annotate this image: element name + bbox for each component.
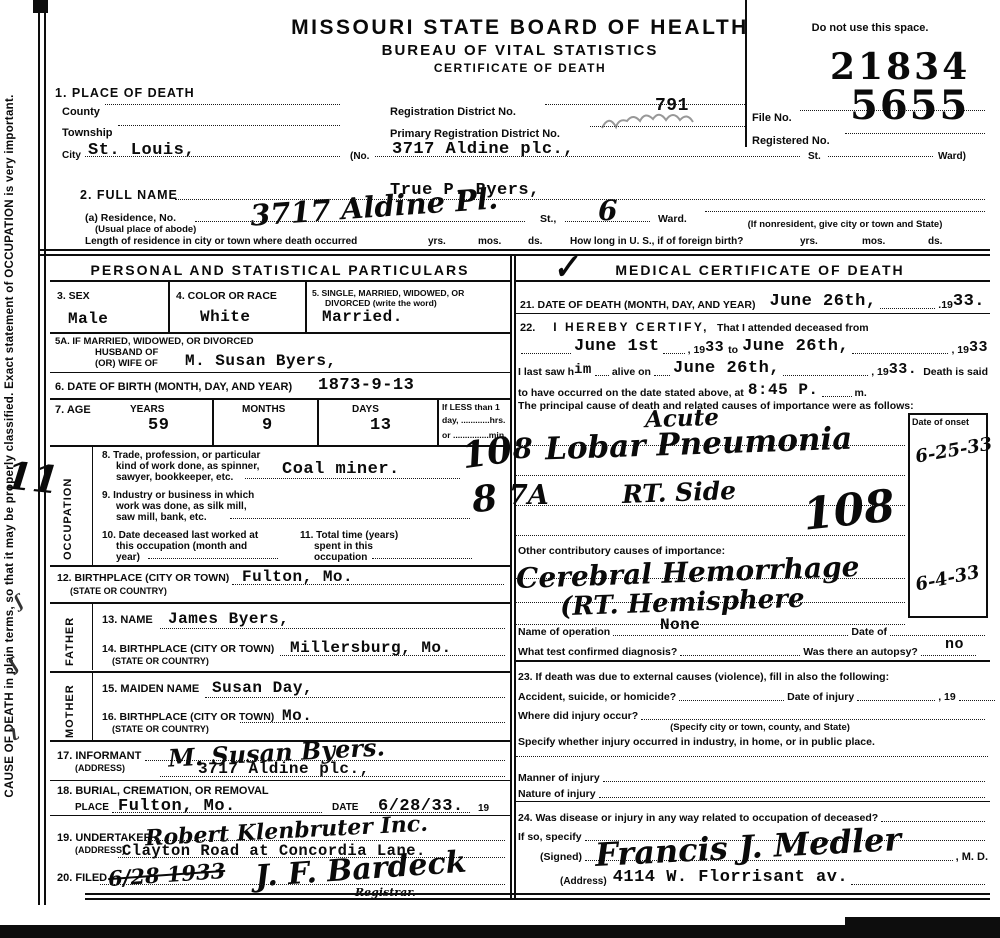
nonresident-line <box>705 211 985 212</box>
registered-number-line <box>845 133 985 134</box>
street-no-label: (No. <box>350 151 369 162</box>
ward-line <box>828 156 933 157</box>
certify-rest-text: That I attended deceased from <box>717 322 869 334</box>
occupation-side-divider <box>92 447 93 565</box>
place-of-death-label: 1. PLACE OF DEATH <box>55 86 195 100</box>
industry-label-line1: 9. Industry or business in which <box>102 490 254 501</box>
marital-label-line2: DIVORCED (write the word) <box>325 298 437 308</box>
specify-city-note: (Specify city or town, county, and State… <box>560 722 960 733</box>
father-name-value: James Byers, <box>168 610 289 628</box>
trade-label-line2: kind of work done, as spinner, <box>116 461 259 472</box>
test-confirmed-line <box>680 655 800 656</box>
where-injury-line <box>641 719 985 720</box>
last-saw-line2 <box>654 375 670 376</box>
autopsy-value: no <box>945 636 964 653</box>
total-time-label-line3: occupation <box>314 552 367 563</box>
sex-color-divider <box>168 281 170 332</box>
last-saw-label2: alive on <box>612 366 651 378</box>
operation-line <box>613 635 848 636</box>
last-worked-label-line3: year) <box>116 552 140 563</box>
external-causes-label: 23. If death was due to external causes … <box>518 671 889 683</box>
physician-signature: Francis J. Medler <box>594 820 902 874</box>
signed-label: (Signed) <box>540 851 582 863</box>
age-months-value: 9 <box>262 416 273 435</box>
date-of-death-year: 33. <box>953 292 985 311</box>
burial-underline <box>50 815 510 816</box>
residence-value-handwritten: 3717 Aldine Pl. <box>249 181 499 232</box>
left-border-line-inner <box>44 0 46 905</box>
physician-address-line <box>851 884 985 885</box>
external-dashed-rule <box>516 756 988 757</box>
mother-side-divider <box>92 673 93 740</box>
last-worked-label-line1: 10. Date deceased last worked at <box>102 530 258 541</box>
accident-line <box>679 700 784 701</box>
date-of-death-label: 21. DATE OF DEATH (MONTH, DAY, AND YEAR) <box>520 299 756 311</box>
row5a-underline <box>50 372 510 373</box>
street-suffix-label: St. <box>808 151 821 162</box>
nature-injury-row: Nature of injury <box>518 788 988 800</box>
total-time-line <box>372 558 472 559</box>
attended-from-year: 33 <box>705 339 724 356</box>
do-not-use-note: Do not use this space. <box>755 22 985 34</box>
left-border-line-outer <box>38 0 40 905</box>
full-name-label: 2. FULL NAME <box>80 188 178 202</box>
attended-from-value: June 1st <box>574 337 660 356</box>
mother-birthplace-sub: (STATE OR COUNTRY) <box>112 724 209 734</box>
operation-date-line <box>890 635 985 636</box>
last-saw-year: 33. <box>889 361 918 378</box>
attended-to-value: June 26th, <box>742 337 849 356</box>
birthplace-sub-label: (STATE OR COUNTRY) <box>70 586 167 596</box>
registration-district-label: Registration District No. <box>390 106 516 118</box>
board-title: MISSOURI STATE BOARD OF HEALTH <box>280 16 760 40</box>
mother-maiden-label: 15. MAIDEN NAME <box>102 683 199 695</box>
autopsy-line <box>921 655 976 656</box>
total-time-label-line2: spent in this <box>314 541 373 552</box>
column-divider-1 <box>510 256 512 898</box>
trade-line <box>245 478 460 479</box>
attended-dates-row: June 1st , 19 33 to June 26th, , 19 33 <box>518 337 988 356</box>
address-row: (Address) 4114 W. Florrisant av. <box>560 868 988 887</box>
mother-birthplace-line <box>240 722 505 723</box>
faint-stamp-scribble <box>598 112 708 134</box>
date-of-death-line <box>880 308 936 309</box>
birthplace-label: 12. BIRTHPLACE (CITY OR TOWN) <box>57 572 229 584</box>
marital-value: Married. <box>322 308 403 326</box>
injury-year-stub: , 19 <box>938 691 956 703</box>
occupation-underline <box>50 565 510 567</box>
test-confirmed-label: What test confirmed diagnosis? <box>518 646 677 658</box>
margin-handwritten-number: 11 <box>4 452 61 502</box>
last-worked-label-line2: this occupation (month and <box>116 541 247 552</box>
informant-underline <box>50 780 510 781</box>
city-label: City <box>62 150 81 161</box>
wife-of-label: (OR) WIFE OF <box>95 358 158 369</box>
trade-value: Coal miner. <box>282 460 400 479</box>
physician-address-value: 4114 W. Florrisant av. <box>613 868 848 887</box>
last-saw-line3 <box>783 375 868 376</box>
sex-label: 3. SEX <box>57 290 90 302</box>
length-ds-label: ds. <box>528 236 542 247</box>
industry-line <box>230 518 470 519</box>
death-certificate-page: CAUSE OF DEATH in plain terms, so that i… <box>0 0 1000 938</box>
street-line <box>375 156 800 157</box>
occurred-label: to have occurred on the date stated abov… <box>518 387 744 399</box>
abode-note: (Usual place of abode) <box>95 224 196 235</box>
howlong-us-label: How long in U. S., if of foreign birth? <box>570 236 743 247</box>
nature-injury-label: Nature of injury <box>518 788 596 800</box>
color-race-label: 4. COLOR OR RACE <box>176 290 277 302</box>
trade-label-line3: sawyer, bookkeeper, etc. <box>116 472 233 483</box>
attended-to-label: to <box>728 344 738 356</box>
father-name-label: 13. NAME <box>102 614 153 626</box>
length-yrs-label: yrs. <box>428 236 446 247</box>
where-injury-label: Where did injury occur? <box>518 710 638 722</box>
relation-row: 24. Was disease or injury in any way rel… <box>518 812 988 824</box>
margin-rotated-instruction: CAUSE OF DEATH in plain terms, so that i… <box>4 0 16 896</box>
cause-code-bottom-handwritten: 7A <box>509 480 549 511</box>
injury-year-line <box>959 700 995 701</box>
stamp-box-divider <box>745 0 747 147</box>
date-of-onset-label: Date of onset <box>912 417 969 427</box>
city-value: St. Louis, <box>88 141 195 160</box>
last-saw-year-label: , 19 <box>871 366 889 378</box>
less-than-day-line2: day, ............hrs. <box>442 415 505 425</box>
registered-number-label: Registered No. <box>752 135 830 147</box>
where-injury-row: Where did injury occur? <box>518 710 988 722</box>
row12-underline <box>50 602 510 604</box>
primary-registration-label: Primary Registration District No. <box>390 128 560 140</box>
sex-value: Male <box>68 310 108 328</box>
death-time-m-label: m. <box>855 387 867 399</box>
bottom-rule-2 <box>85 898 990 900</box>
contrib-line-3 <box>515 624 905 625</box>
industry-home-note: Specify whether injury occurred in indus… <box>518 736 875 748</box>
physician-address-label: (Address) <box>560 876 607 887</box>
operation-row: Name of operation Date of <box>518 626 988 638</box>
undertaker-line <box>140 840 505 841</box>
accident-row: Accident, suicide, or homicide? Date of … <box>518 691 988 703</box>
howlong-mos-label: mos. <box>862 236 885 247</box>
nonresident-note: (If nonresident, give city or town and S… <box>700 219 990 230</box>
autopsy-underline <box>516 660 990 662</box>
scan-black-band-bottom <box>0 925 1000 938</box>
color-marital-divider <box>305 281 307 332</box>
onset-box-left-border <box>908 413 910 618</box>
certify-number: 22. <box>520 322 535 334</box>
age-divider-1 <box>212 400 214 445</box>
personal-section-header: PERSONAL AND STATISTICAL PARTICULARS <box>50 262 510 278</box>
father-side-divider <box>92 604 93 670</box>
informant-address-label: (ADDRESS) <box>75 763 125 773</box>
medical-section-header: MEDICAL CERTIFICATE OF DEATH <box>545 262 975 278</box>
last-saw-row: I last saw h im alive on June 26th, , 19… <box>518 359 988 378</box>
industry-label-line3: saw mill, bank, etc. <box>116 512 207 523</box>
length-mos-label: mos. <box>478 236 501 247</box>
father-birthplace-label: 14. BIRTHPLACE (CITY OR TOWN) <box>102 643 274 655</box>
last-saw-value: June 26th, <box>673 359 780 378</box>
ward-value-handwritten: 6 <box>598 194 617 227</box>
occupation-side-label: OCCUPATION <box>62 452 74 560</box>
howlong-ds-label: ds. <box>928 236 942 247</box>
accident-label: Accident, suicide, or homicide? <box>518 691 676 703</box>
informant-label: 17. INFORMANT <box>57 750 141 762</box>
total-time-label-line1: 11. Total time (years) <box>300 530 398 541</box>
color-race-value: White <box>200 308 251 326</box>
residence-ward-label: Ward. <box>658 213 687 225</box>
birthplace-line <box>232 584 504 585</box>
last-saw-him: im <box>574 362 592 378</box>
file-number-value: 5655 <box>850 82 969 129</box>
onset-box-bottom-border <box>908 616 988 618</box>
burial-place-value: Fulton, Mo. <box>118 797 236 816</box>
less-than-day-line1: If LESS than 1 <box>442 402 500 412</box>
date-of-death-year-prefix: .19 <box>938 299 953 311</box>
father-birthplace-line <box>280 655 505 656</box>
filed-label: 20. FILED <box>57 872 107 884</box>
occurred-row: to have occurred on the date stated abov… <box>518 381 988 399</box>
father-underline <box>50 671 510 673</box>
filed-date-handwritten: 6/28 1933 <box>107 858 226 891</box>
top-left-ink-mark <box>33 0 48 13</box>
ifso-label: If so, specify <box>518 831 582 843</box>
age-years-label: YEARS <box>130 404 164 415</box>
county-line <box>105 104 340 105</box>
cause-line1-handwritten: Lobar Pneumonia <box>544 421 852 468</box>
operation-label: Name of operation <box>518 626 610 638</box>
attended-to-line <box>852 353 948 354</box>
operation-value: None <box>660 616 700 634</box>
md-label: , M. D. <box>956 851 988 863</box>
trade-label-line1: 8. Trade, profession, or particular <box>102 450 260 461</box>
injury-date-line <box>857 700 935 701</box>
age-days-value: 13 <box>370 416 391 435</box>
residence-label: (a) Residence, No. <box>85 212 176 224</box>
occupation-code-bottom-handwritten: 8 <box>470 477 499 521</box>
manner-injury-row: Manner of injury <box>518 772 988 784</box>
age-years-value: 59 <box>148 416 169 435</box>
cause-onset-value: 6-25-33 <box>914 433 994 467</box>
relation-label: 24. Was disease or injury in any way rel… <box>518 812 878 824</box>
ward-suffix-label: Ward) <box>938 151 966 162</box>
date-of-death-value: June 26th, <box>770 292 877 311</box>
burial-place-line <box>112 812 322 813</box>
howlong-yrs-label: yrs. <box>800 236 818 247</box>
injury-date-label: Date of injury <box>787 691 854 703</box>
burial-year-stub: 19 <box>478 803 489 814</box>
operation-date-label: Date of <box>851 626 887 638</box>
file-number-label: File No. <box>752 112 792 124</box>
top-section-divider-1 <box>38 249 990 251</box>
autopsy-row: What test confirmed diagnosis? Was there… <box>518 646 988 658</box>
attended-from-year-label: , 19 <box>688 344 706 356</box>
age-months-label: MONTHS <box>242 404 285 415</box>
attended-lead-line <box>521 353 571 354</box>
husband-of-label: HUSBAND OF <box>95 347 158 358</box>
industry-label-line2: work was done, as silk mill, <box>116 501 247 512</box>
row23-underline <box>516 801 990 802</box>
undertaker-address-label: (ADDRESS) <box>75 845 125 855</box>
father-name-line <box>160 628 505 629</box>
certificate-subtitle: CERTIFICATE OF DEATH <box>280 61 760 75</box>
spouse-name-value: M. Susan Byers, <box>185 352 337 370</box>
row345-underline <box>50 332 510 334</box>
date-of-death-row: 21. DATE OF DEATH (MONTH, DAY, AND YEAR)… <box>520 292 985 311</box>
township-line <box>118 125 340 126</box>
age-divider-3 <box>437 400 439 445</box>
township-label: Township <box>62 127 113 139</box>
burial-label: 18. BURIAL, CREMATION, OR REMOVAL <box>57 785 269 797</box>
mother-side-label: MOTHER <box>64 676 76 738</box>
cause-line2-handwritten: RT. Side <box>622 476 737 509</box>
certify-row: 22. I HEREBY CERTIFY, That I attended de… <box>520 320 985 334</box>
row7-underline <box>50 445 510 447</box>
burial-place-label: PLACE <box>75 802 109 813</box>
date-of-birth-label: 6. DATE OF BIRTH (MONTH, DAY, AND YEAR) <box>55 381 292 393</box>
row6-underline <box>50 398 510 400</box>
married-widowed-label: 5A. IF MARRIED, WIDOWED, OR DIVORCED <box>55 336 253 347</box>
row21-underline <box>516 313 990 314</box>
age-days-label: DAYS <box>352 404 379 415</box>
county-label: County <box>62 106 100 118</box>
filed-line <box>100 884 505 885</box>
file-number-line <box>800 110 985 111</box>
burial-date-label: DATE <box>332 802 358 813</box>
length-residence-label: Length of residence in city or town wher… <box>85 236 357 247</box>
registration-district-line <box>545 104 745 105</box>
age-label: 7. AGE <box>55 404 91 416</box>
last-saw-line1 <box>595 375 609 376</box>
age-divider-2 <box>317 400 319 445</box>
contrib-onset-value: 6-4-33 <box>914 561 982 595</box>
nature-injury-line <box>599 797 985 798</box>
personal-header-underline <box>50 280 510 282</box>
autopsy-label: Was there an autopsy? <box>803 646 918 658</box>
manner-injury-line <box>603 781 985 782</box>
bureau-subtitle: BUREAU OF VITAL STATISTICS <box>280 42 760 59</box>
mother-maiden-value: Susan Day, <box>212 679 313 697</box>
medical-header-underline <box>516 280 990 282</box>
death-time-line <box>822 396 852 397</box>
occupation-code-top-handwritten: 10 <box>459 429 514 478</box>
cause-line-2 <box>515 475 905 476</box>
attended-to-year: 33 <box>969 339 988 356</box>
bottom-rule-1 <box>85 893 990 895</box>
manner-injury-label: Manner of injury <box>518 772 600 784</box>
informant-address-line <box>160 776 505 777</box>
onset-box-top-border <box>908 413 988 415</box>
date-of-birth-value: 1873-9-13 <box>318 376 414 395</box>
marital-label-line1: 5. SINGLE, MARRIED, WIDOWED, OR <box>312 288 464 298</box>
attended-to-year-label: , 19 <box>951 344 969 356</box>
cause-code-big-handwritten: 108 <box>801 480 898 540</box>
father-birthplace-sub: (STATE OR COUNTRY) <box>112 656 209 666</box>
last-saw-label1: I last saw h <box>518 366 574 378</box>
mother-maiden-line <box>205 697 505 698</box>
last-worked-line <box>148 558 278 559</box>
cause-code-top-handwritten: 8 <box>513 432 532 465</box>
father-side-label: FATHER <box>64 608 76 666</box>
death-time-value: 8:45 P. <box>748 381 819 399</box>
attended-from-line <box>663 353 685 354</box>
city-line <box>85 156 340 157</box>
residence-st-label: St., <box>540 213 556 225</box>
certify-bold-text: I HEREBY CERTIFY, <box>553 320 709 334</box>
death-said-label: Death is said <box>923 366 988 378</box>
